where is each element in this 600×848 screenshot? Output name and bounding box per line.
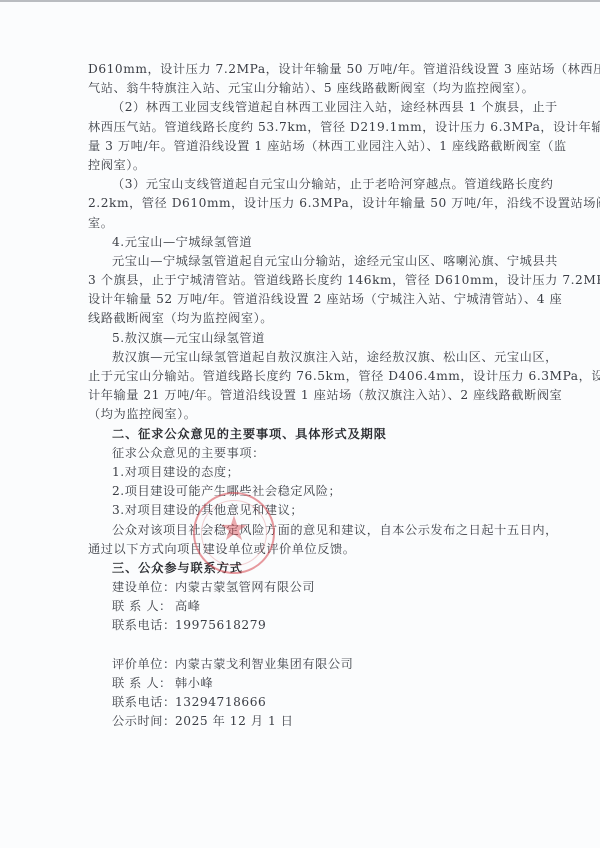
text-line: 气站、翁牛特旗注入站、元宝山分输站）、5 座线路截断阀室（均为监控阀室）。 xyxy=(88,79,520,98)
publish-date-label: 公示时间： xyxy=(112,712,175,731)
section-heading-public-opinion: 二、征求公众意见的主要事项、具体形式及期限 xyxy=(88,425,520,444)
text-line: （3）元宝山支线管道起自元宝山分输站，止于老哈河穿越点。管道线路长度约 xyxy=(88,175,520,194)
text-line: 室。 xyxy=(88,214,520,233)
section-heading-contact: 三、公众参与联系方式 xyxy=(88,559,520,578)
text-line: 元宝山—宁城绿氢管道起自元宝山分输站，途经元宝山区、喀喇沁旗、宁城县共 xyxy=(88,252,520,271)
text-line: 线路截断阀室（均为监控阀室）。 xyxy=(88,309,520,328)
paragraph-main-line-summary: D610mm，设计压力 7.2MPa，设计年输量 50 万吨/年。管道沿线设置 … xyxy=(88,60,520,98)
spacer xyxy=(88,636,520,655)
evaluator-phone-value: 13294718666 xyxy=(175,695,266,709)
text-line: 2.2km，管径 D610mm，设计压力 6.3MPa，设计年输量 50 万吨/… xyxy=(88,194,520,213)
evaluator-contact-block: 评价单位：内蒙古蒙戈利智业集团有限公司 联 系 人：韩小峰 联系电话：13294… xyxy=(88,655,520,732)
text-line: （2）林西工业园支线管道起自林西工业园注入站，途经林西县 1 个旗县，止于 xyxy=(88,98,520,117)
text-line: 林西压气站。管道线路长度约 53.7km，管径 D219.1mm，设计压力 6.… xyxy=(88,118,520,137)
subheading-yuanbaoshan-ningcheng: 4.元宝山—宁城绿氢管道 xyxy=(88,233,520,252)
builder-phone-value: 19975618279 xyxy=(175,618,266,632)
paragraph-yuanbaoshan-ningcheng: 元宝山—宁城绿氢管道起自元宝山分输站，途经元宝山区、喀喇沁旗、宁城县共 3 个旗… xyxy=(88,252,520,329)
evaluator-phone-label: 联系电话： xyxy=(112,693,175,712)
builder-unit-row: 建设单位：内蒙古蒙氢管网有限公司 xyxy=(88,578,520,597)
builder-unit-value: 内蒙古蒙氢管网有限公司 xyxy=(175,580,315,594)
builder-contact-block: 建设单位：内蒙古蒙氢管网有限公司 联 系 人：高峰 联系电话：199756182… xyxy=(88,578,520,636)
builder-contact-label: 联 系 人： xyxy=(112,597,175,616)
builder-unit-label: 建设单位： xyxy=(112,578,175,597)
text-line: 3 个旗县，止于宁城清管站。管道线路长度约 146km，管径 D610mm，设计… xyxy=(88,271,520,290)
builder-contact-value: 高峰 xyxy=(175,599,200,613)
section2-intro: 征求公众意见的主要事项： xyxy=(88,444,520,463)
opinion-item: 1.对项目建设的态度； xyxy=(88,463,520,482)
evaluator-unit-value: 内蒙古蒙戈利智业集团有限公司 xyxy=(175,657,353,671)
text-line: D610mm，设计压力 7.2MPa，设计年输量 50 万吨/年。管道沿线设置 … xyxy=(88,60,520,79)
document-page: D610mm，设计压力 7.2MPa，设计年输量 50 万吨/年。管道沿线设置 … xyxy=(88,60,520,731)
publish-date-row: 公示时间：2025 年 12 月 1 日 xyxy=(88,712,520,731)
subheading-aohanqi-yuanbaoshan: 5.敖汉旗—元宝山绿氢管道 xyxy=(88,329,520,348)
evaluator-contact-row: 联 系 人：韩小峰 xyxy=(88,674,520,693)
evaluator-contact-value: 韩小峰 xyxy=(175,676,213,690)
text-line: 敖汉旗—元宝山绿氢管道起自敖汉旗注入站，途经敖汉旗、松山区、元宝山区， xyxy=(88,348,520,367)
builder-contact-row: 联 系 人：高峰 xyxy=(88,597,520,616)
text-line: （均为监控阀室）。 xyxy=(88,405,520,424)
scan-top-edge xyxy=(0,0,600,2)
evaluator-unit-label: 评价单位： xyxy=(112,655,175,674)
paragraph-feedback: 公众对该项目社会稳定风险方面的意见和建议，自本公示发布之日起十五日内， 通过以下… xyxy=(88,521,520,559)
opinion-item: 3.对项目建设的其他意见和建议； xyxy=(88,501,520,520)
builder-phone-label: 联系电话： xyxy=(112,616,175,635)
text-line: 设计年输量 52 万吨/年。管道沿线设置 2 座站场（宁城注入站、宁城清管站）、… xyxy=(88,290,520,309)
publish-date-value: 2025 年 12 月 1 日 xyxy=(175,714,293,728)
text-line: 控阀室）。 xyxy=(88,156,520,175)
text-line: 计年输量 21 万吨/年。管道沿线设置 1 座站场（敖汉旗注入站）、2 座线路截… xyxy=(88,386,520,405)
builder-phone-row: 联系电话：19975618279 xyxy=(88,616,520,635)
text-line: 止于元宝山分输站。管道线路长度约 76.5km，管径 D406.4mm，设计压力… xyxy=(88,367,520,386)
text-line: 公众对该项目社会稳定风险方面的意见和建议，自本公示发布之日起十五日内， xyxy=(88,521,520,540)
text-line: 通过以下方式向项目建设单位或评价单位反馈。 xyxy=(88,540,520,559)
evaluator-contact-label: 联 系 人： xyxy=(112,674,175,693)
text-line: 量 3 万吨/年。管道沿线设置 1 座站场（林西工业园注入站）、1 座线路截断阀… xyxy=(88,137,520,156)
paragraph-linxi-branch: （2）林西工业园支线管道起自林西工业园注入站，途经林西县 1 个旗县，止于 林西… xyxy=(88,98,520,175)
paragraph-aohanqi-yuanbaoshan: 敖汉旗—元宝山绿氢管道起自敖汉旗注入站，途经敖汉旗、松山区、元宝山区， 止于元宝… xyxy=(88,348,520,425)
evaluator-unit-row: 评价单位：内蒙古蒙戈利智业集团有限公司 xyxy=(88,655,520,674)
opinion-item: 2.项目建设可能产生哪些社会稳定风险； xyxy=(88,482,520,501)
evaluator-phone-row: 联系电话：13294718666 xyxy=(88,693,520,712)
paragraph-yuanbaoshan-branch: （3）元宝山支线管道起自元宝山分输站，止于老哈河穿越点。管道线路长度约 2.2k… xyxy=(88,175,520,233)
